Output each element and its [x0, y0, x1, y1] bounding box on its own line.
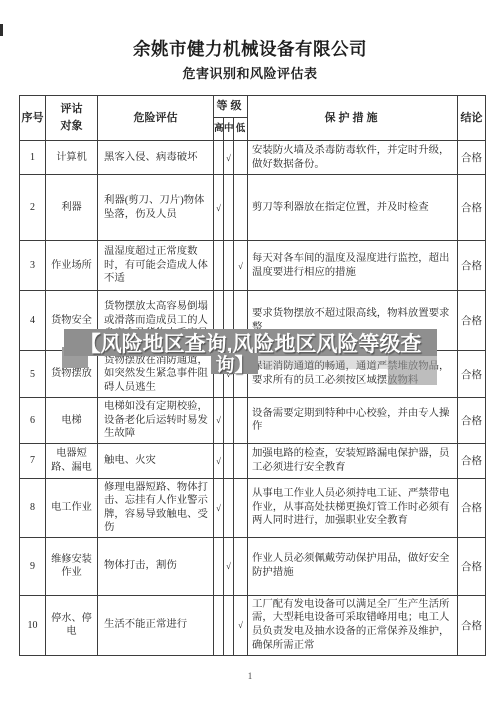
measures-cell: 作业人员必须佩戴劳动保护用品，做好安全防护措施 [248, 537, 458, 595]
table-body: 1 计算机 黑客入侵、病毒破坏 √ 安装防火墙及杀毒防毒软件，并定时升级，做好数… [20, 141, 486, 656]
assessment-object-cell: 利器 [46, 175, 98, 241]
assessment-object-cell: 电梯 [46, 398, 98, 444]
level-low-cell: √ [234, 595, 248, 655]
header-object: 评诂 对象 [46, 96, 98, 141]
row-index-cell: 8 [20, 478, 46, 537]
measures-cell: 剪刀等利器放在指定位置，并及时检查 [248, 175, 458, 241]
row-index-cell: 4 [20, 291, 46, 351]
level-low-cell [234, 175, 248, 241]
table-row: 2 利器 利器(剪刀、刀片)物体坠落，伤及人员 √ 剪刀等利器放在指定位置，并及… [20, 175, 486, 241]
level-high-cell: √ [214, 478, 224, 537]
hazard-cell: 黑客入侵、病毒破坏 [98, 141, 214, 175]
level-high-cell [214, 141, 224, 175]
conclusion-cell: 合格 [458, 537, 486, 595]
level-low-cell [234, 443, 248, 478]
row-index-cell: 7 [20, 443, 46, 478]
conclusion-cell: 合格 [458, 141, 486, 175]
table-row: 9 维修安装作业 物体打击，割伤 √ 作业人员必须佩戴劳动保护用品，做好安全防护… [20, 537, 486, 595]
conclusion-cell: 合格 [458, 241, 486, 291]
level-mid-cell: √ [224, 141, 234, 175]
level-mid-cell [224, 478, 234, 537]
header-index: 序号 [20, 96, 46, 141]
scan-edge-artifact [0, 24, 3, 36]
level-high-cell: √ [214, 443, 224, 478]
hazard-cell: 利器(剪刀、刀片)物体坠落，伤及人员 [98, 175, 214, 241]
header-conclusion: 结论 [458, 96, 486, 141]
header-level-high: 高 [214, 118, 224, 141]
level-mid-cell [224, 175, 234, 241]
conclusion-cell: 合格 [458, 478, 486, 537]
hazard-cell: 电梯如没有定期校验，设备老化后运转时易发生故障 [98, 398, 214, 444]
measures-cell: 每天对各车间的温度及湿度进行监控，超出温度要进行相应的措施 [248, 241, 458, 291]
row-index-cell: 3 [20, 241, 46, 291]
assessment-object-cell: 作业场所 [46, 241, 98, 291]
table-header: 序号 评诂 对象 危险评估 等级 保护措施 结论 高 中 低 [20, 96, 486, 141]
level-low-cell: √ [234, 241, 248, 291]
level-high-cell [214, 595, 224, 655]
measures-cell: 设备需要定期到特种中心校验，并由专人操作 [248, 398, 458, 444]
header-level: 等级 [214, 96, 248, 118]
watermark-band-line2: 询】 [211, 353, 258, 374]
measures-cell: 工厂配有发电设备可以满足全厂生产生活所需，大型耗电设备可采取错峰用电；电工人员负… [248, 595, 458, 655]
hazard-cell: 触电、火灾 [98, 443, 214, 478]
header-object-line2: 对象 [46, 118, 97, 135]
level-low-cell [234, 537, 248, 595]
hazard-cell: 生活不能正常进行 [98, 595, 214, 655]
conclusion-cell: 合格 [458, 398, 486, 444]
header-object-line1: 评诂 [46, 101, 97, 118]
company-title: 余姚市健力机械设备有限公司 [0, 36, 500, 61]
conclusion-cell: 合格 [458, 351, 486, 398]
level-low-cell [234, 398, 248, 444]
hazard-cell: 修理电器短路、物体打击、忘挂有人作业警示牌，容易导致触电、受伤 [98, 478, 214, 537]
row-index-cell: 6 [20, 398, 46, 444]
conclusion-cell: 合格 [458, 595, 486, 655]
header-level-mid: 中 [224, 118, 234, 141]
table-row: 7 电器短路、漏电 触电、火灾 √ 加强电路的检查，安装短路漏电保护器，员工必须… [20, 443, 486, 478]
row-index-cell: 1 [20, 141, 46, 175]
level-mid-cell [224, 443, 234, 478]
measures-cell: 加强电路的检查，安装短路漏电保护器，员工必须进行安全教育 [248, 443, 458, 478]
level-high-cell: √ [214, 175, 224, 241]
table-row: 8 电工作业 修理电器短路、物体打击、忘挂有人作业警示牌，容易导致触电、受伤 √… [20, 478, 486, 537]
row-index-cell: 9 [20, 537, 46, 595]
row-index-cell: 5 [20, 351, 46, 398]
table-row: 1 计算机 黑客入侵、病毒破坏 √ 安装防火墙及杀毒防毒软件，并定时升级，做好数… [20, 141, 486, 175]
level-high-cell [214, 537, 224, 595]
assessment-object-cell: 电器短路、漏电 [46, 443, 98, 478]
conclusion-cell: 合格 [458, 443, 486, 478]
hazard-cell: 物体打击，割伤 [98, 537, 214, 595]
watermark-right-block [388, 356, 437, 385]
measures-cell: 安装防火墙及杀毒防毒软件，并定时升级，做好数据备份。 [248, 141, 458, 175]
level-mid-cell: √ [224, 537, 234, 595]
level-high-cell [214, 241, 224, 291]
conclusion-cell: 合格 [458, 175, 486, 241]
level-mid-cell [224, 398, 234, 444]
level-low-cell [234, 141, 248, 175]
level-high-cell: √ [214, 398, 224, 444]
assessment-object-cell: 维修安装作业 [46, 537, 98, 595]
header-measures: 保护措施 [248, 96, 458, 141]
row-index-cell: 2 [20, 175, 46, 241]
header-hazard: 危险评估 [98, 96, 214, 141]
measures-cell: 从事电工作业人员必须持电工证、严禁带电作业，从事高处扶梯更换灯管工作时必须有两人… [248, 478, 458, 537]
header-level-low: 低 [234, 118, 248, 141]
table-row: 3 作业场所 温湿度超过正常度数时，有可能会造成人体不适 √ 每天对各车间的温度… [20, 241, 486, 291]
level-mid-cell [224, 241, 234, 291]
level-mid-cell [224, 595, 234, 655]
page-number: 1 [0, 671, 500, 681]
assessment-object-cell: 停水、停电 [46, 595, 98, 655]
row-index-cell: 10 [20, 595, 46, 655]
hazard-cell: 货物摆放在消防通道，如突然发生紧急事件阻碍人员逃生 [98, 351, 214, 398]
assessment-object-cell: 电工作业 [46, 478, 98, 537]
table-row: 10 停水、停电 生活不能正常进行 √ 工厂配有发电设备可以满足全厂生产生活所需… [20, 595, 486, 655]
document-subtitle: 危害识别和风险评估表 [0, 63, 500, 82]
table-row: 6 电梯 电梯如没有定期校验，设备老化后运转时易发生故障 √ 设备需要定期到特种… [20, 398, 486, 444]
conclusion-cell: 合格 [458, 291, 486, 351]
hazard-cell: 温湿度超过正常度数时，有可能会造成人体不适 [98, 241, 214, 291]
level-low-cell [234, 478, 248, 537]
document-page: 余姚市健力机械设备有限公司 危害识别和风险评估表 序号 评诂 对象 危险评估 等… [0, 0, 500, 706]
assessment-object-cell: 计算机 [46, 141, 98, 175]
